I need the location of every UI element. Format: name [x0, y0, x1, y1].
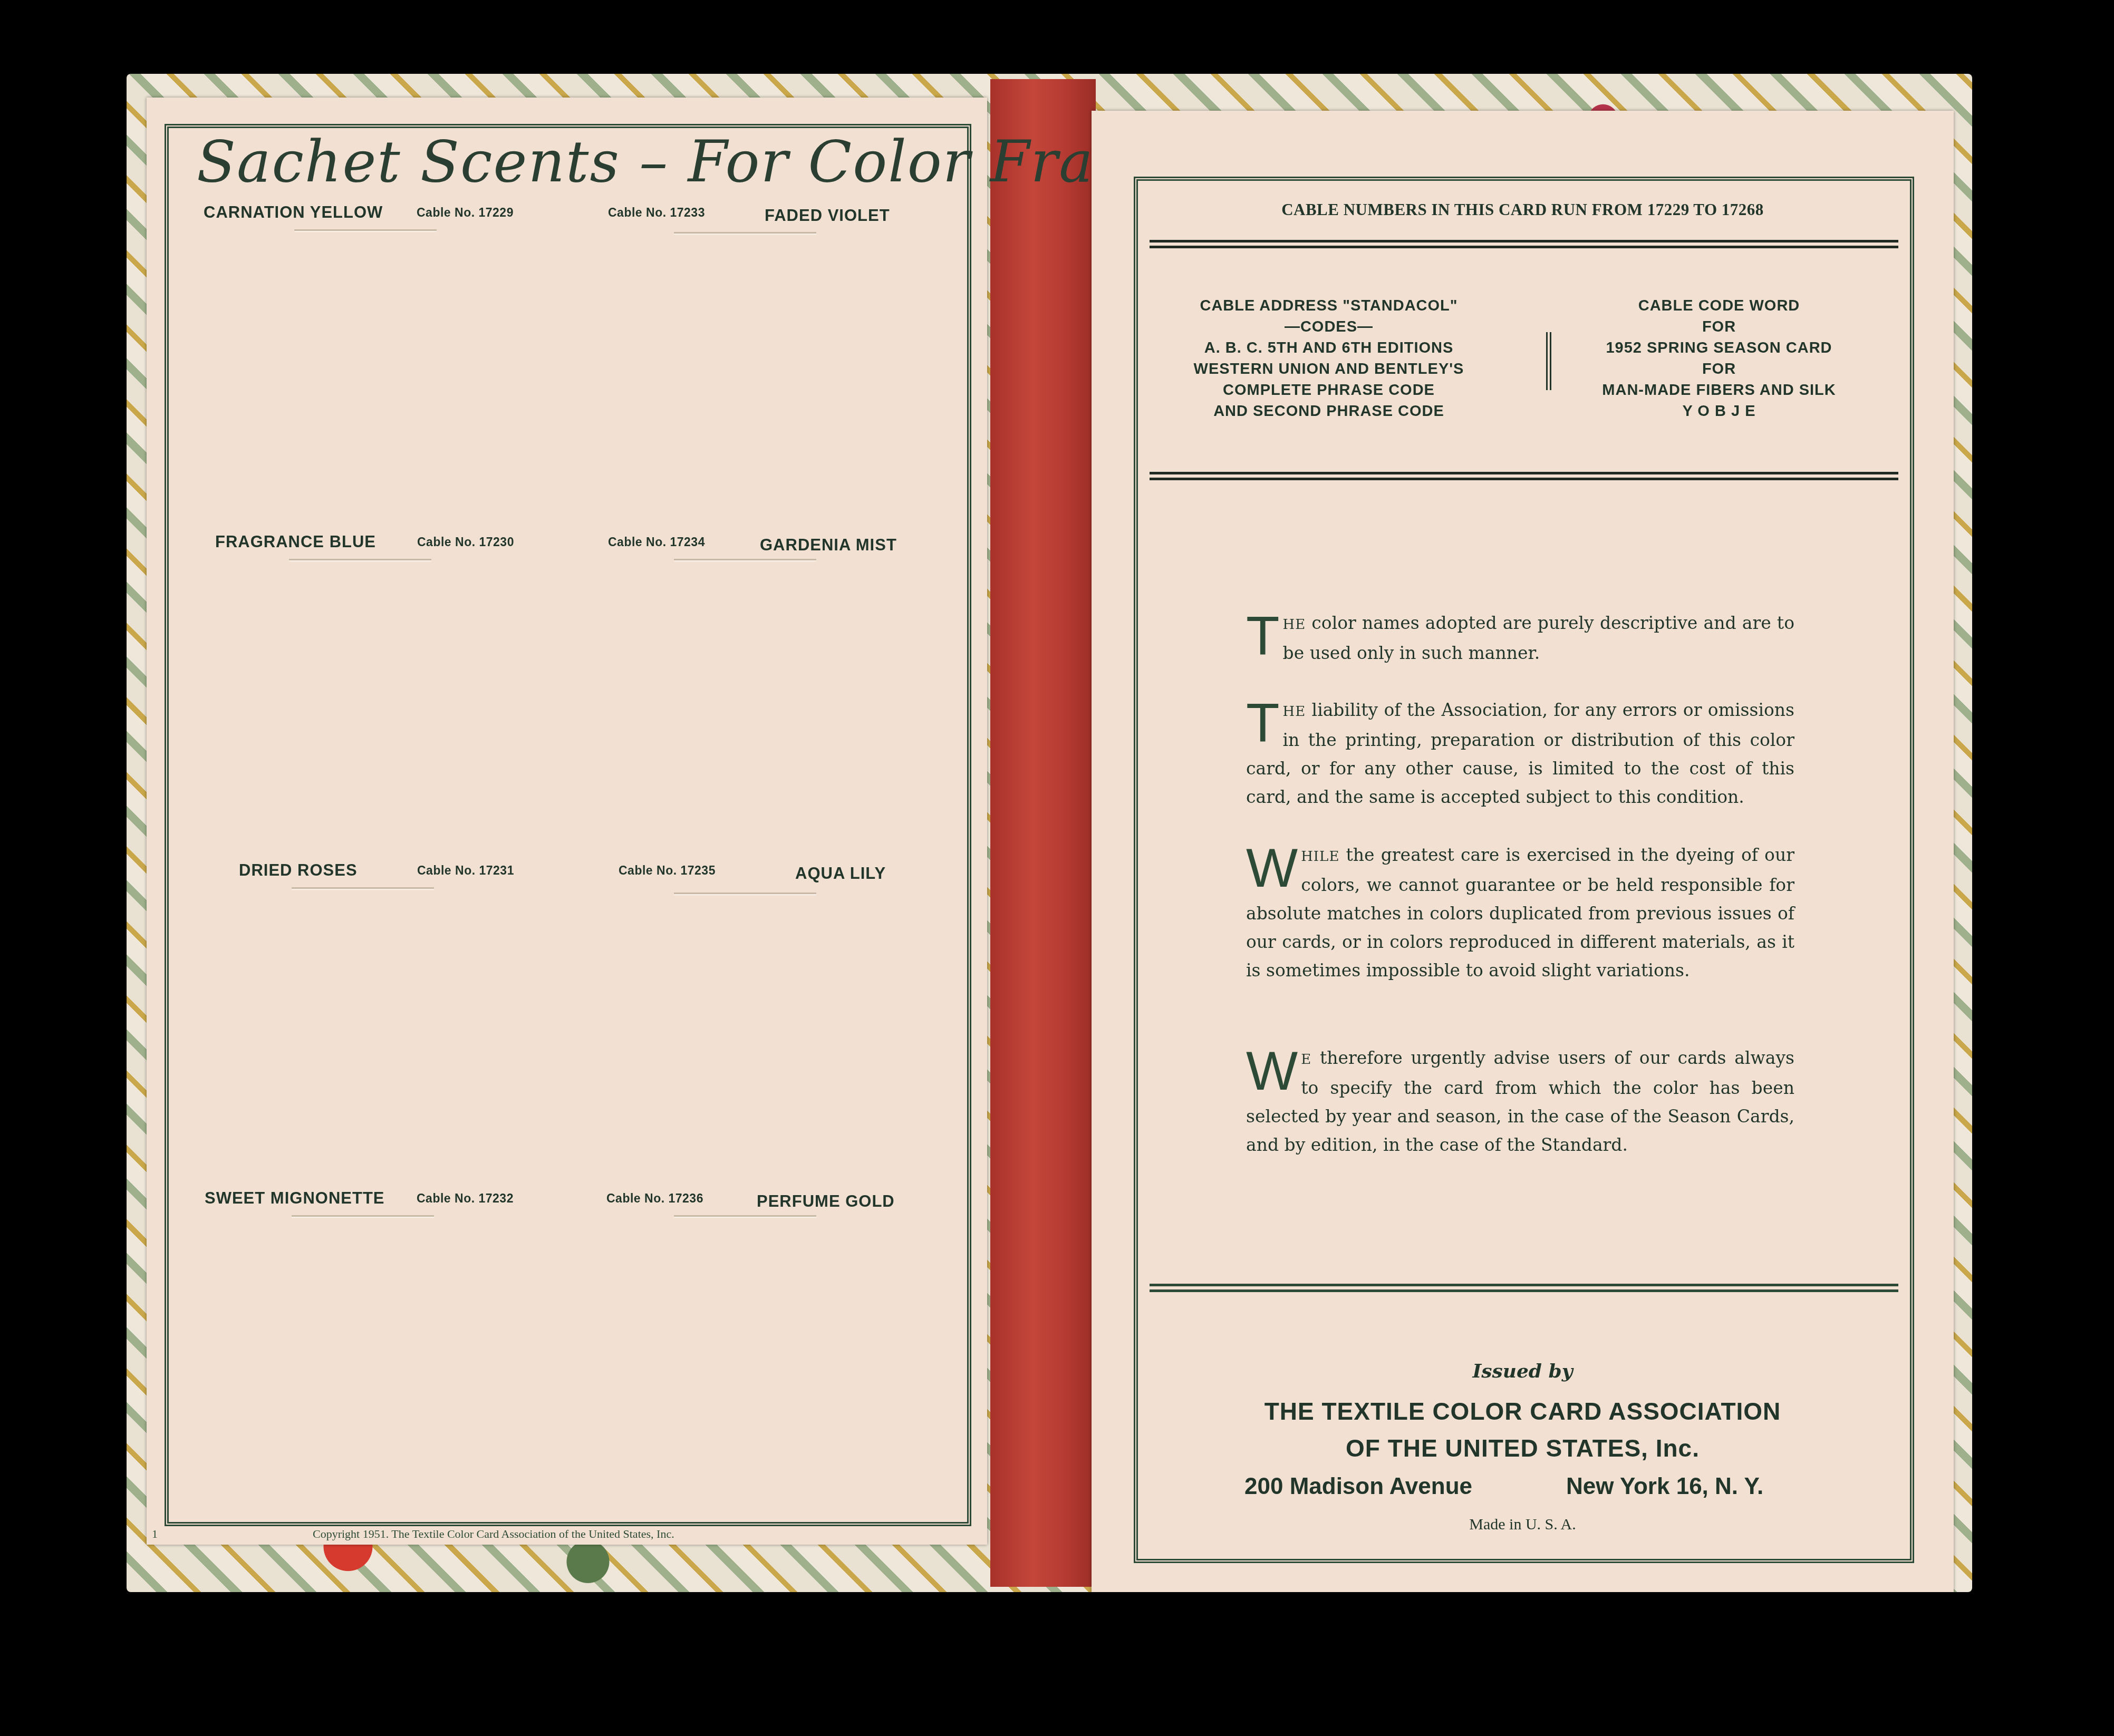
drop-cap: W: [1246, 843, 1298, 894]
association-name-line-1: THE TEXTILE COLOR CARD ASSOCIATION: [1092, 1397, 1954, 1425]
paragraph-lead: HILE: [1301, 849, 1339, 865]
cable-address-line: COMPLETE PHRASE CODE: [1155, 380, 1503, 401]
book-spine: [990, 79, 1096, 1587]
street-address: 200 Madison Avenue: [1244, 1473, 1472, 1500]
left-page-border: [165, 124, 971, 1526]
made-in-label: Made in U. S. A.: [1092, 1516, 1954, 1534]
city-address: New York 16, N. Y.: [1566, 1473, 1763, 1500]
drop-cap: T: [1246, 611, 1280, 662]
swatch-name: GARDENIA MIST: [760, 536, 897, 555]
code-word-line: 1952 SPRING SEASON CARD: [1545, 337, 1893, 358]
disclaimer-paragraph: WHILE the greatest care is exercised in …: [1246, 841, 1794, 985]
swatch-name: PERFUME GOLD: [757, 1192, 895, 1211]
drop-cap: T: [1246, 698, 1280, 749]
swatch-slot[interactable]: [289, 559, 431, 560]
copyright-text: Copyright 1951. The Textile Color Card A…: [313, 1527, 674, 1541]
right-page: CABLE NUMBERS IN THIS CARD RUN FROM 1722…: [1092, 111, 1954, 1592]
disclaimer-paragraph: WE therefore urgently advise users of ou…: [1246, 1044, 1794, 1159]
cable-address-block: CABLE ADDRESS "STANDACOL" —CODES— A. B. …: [1155, 295, 1503, 422]
double-rule: [1150, 472, 1898, 480]
drop-cap: W: [1246, 1046, 1298, 1097]
swatch-slot[interactable]: [674, 232, 816, 234]
cable-code-word-block: CABLE CODE WORD FOR 1952 SPRING SEASON C…: [1545, 295, 1893, 422]
code-word-line: FOR: [1545, 316, 1893, 337]
swatch-row: SWEET MIGNONETTE Cable No. 17232 Cable N…: [147, 1189, 987, 1231]
code-word-line: MAN-MADE FIBERS AND SILK: [1545, 380, 1893, 401]
swatch-slot[interactable]: [674, 893, 816, 894]
disclaimer-paragraph: THE color names adopted are purely descr…: [1246, 609, 1794, 667]
cable-address-line: CABLE ADDRESS "STANDACOL": [1155, 295, 1503, 316]
double-rule: [1150, 1284, 1898, 1292]
paragraph-lead: HE: [1283, 704, 1306, 720]
cable-number: Cable No. 17229: [417, 206, 514, 220]
swatch-name: FRAGRANCE BLUE: [215, 532, 376, 551]
cable-number: Cable No. 17231: [417, 864, 514, 878]
cable-range-header: CABLE NUMBERS IN THIS CARD RUN FROM 1722…: [1092, 200, 1954, 219]
cable-number: Cable No. 17233: [608, 206, 705, 220]
cable-number: Cable No. 17235: [619, 864, 716, 878]
swatch-name: AQUA LILY: [795, 864, 886, 883]
left-page: Sachet Scents – For Color Fragrance CARN…: [147, 98, 987, 1545]
swatch-slot[interactable]: [292, 1215, 434, 1217]
swatch-slot[interactable]: [674, 559, 816, 560]
cable-number: Cable No. 17232: [417, 1191, 514, 1206]
cable-address-line: WESTERN UNION AND BENTLEY'S: [1155, 358, 1503, 380]
page-number: 1: [152, 1527, 158, 1541]
swatch-name: CARNATION YELLOW: [204, 203, 383, 222]
paragraph-text: liability of the Association, for any er…: [1246, 700, 1794, 807]
issued-by-label: Issued by: [1092, 1360, 1954, 1382]
cable-address-line: A. B. C. 5TH AND 6TH EDITIONS: [1155, 337, 1503, 358]
cable-number: Cable No. 17236: [606, 1191, 703, 1206]
paragraph-text: therefore urgently advise users of our c…: [1246, 1048, 1794, 1155]
swatch-row: FRAGRANCE BLUE Cable No. 17230 Cable No.…: [147, 532, 987, 575]
code-word-line: CABLE CODE WORD: [1545, 295, 1893, 316]
swatch-slot[interactable]: [294, 229, 437, 231]
code-word-line: FOR: [1545, 358, 1893, 380]
cable-address-line: AND SECOND PHRASE CODE: [1155, 401, 1503, 422]
swatch-slot[interactable]: [674, 1215, 816, 1217]
swatch-name: DRIED ROSES: [239, 861, 358, 880]
swatch-name: SWEET MIGNONETTE: [205, 1189, 385, 1208]
swatch-row: CARNATION YELLOW Cable No. 17229 Cable N…: [147, 203, 987, 245]
cable-number: Cable No. 17230: [417, 535, 514, 549]
paragraph-lead: HE: [1283, 617, 1306, 633]
association-name-line-2: OF THE UNITED STATES, Inc.: [1092, 1434, 1954, 1462]
cable-address-line: —CODES—: [1155, 316, 1503, 337]
paragraph-lead: E: [1301, 1052, 1311, 1068]
code-word-word: Y O B J E: [1545, 401, 1893, 422]
double-rule: [1150, 240, 1898, 248]
paragraph-text: the greatest care is exercised in the dy…: [1246, 845, 1794, 981]
cable-number: Cable No. 17234: [608, 535, 705, 549]
swatch-slot[interactable]: [292, 887, 434, 889]
swatch-row: DRIED ROSES Cable No. 17231 Cable No. 17…: [147, 861, 987, 903]
disclaimer-paragraph: THE liability of the Association, for an…: [1246, 696, 1794, 811]
swatch-name: FADED VIOLET: [765, 206, 890, 225]
paragraph-text: color names adopted are purely descripti…: [1283, 613, 1794, 663]
